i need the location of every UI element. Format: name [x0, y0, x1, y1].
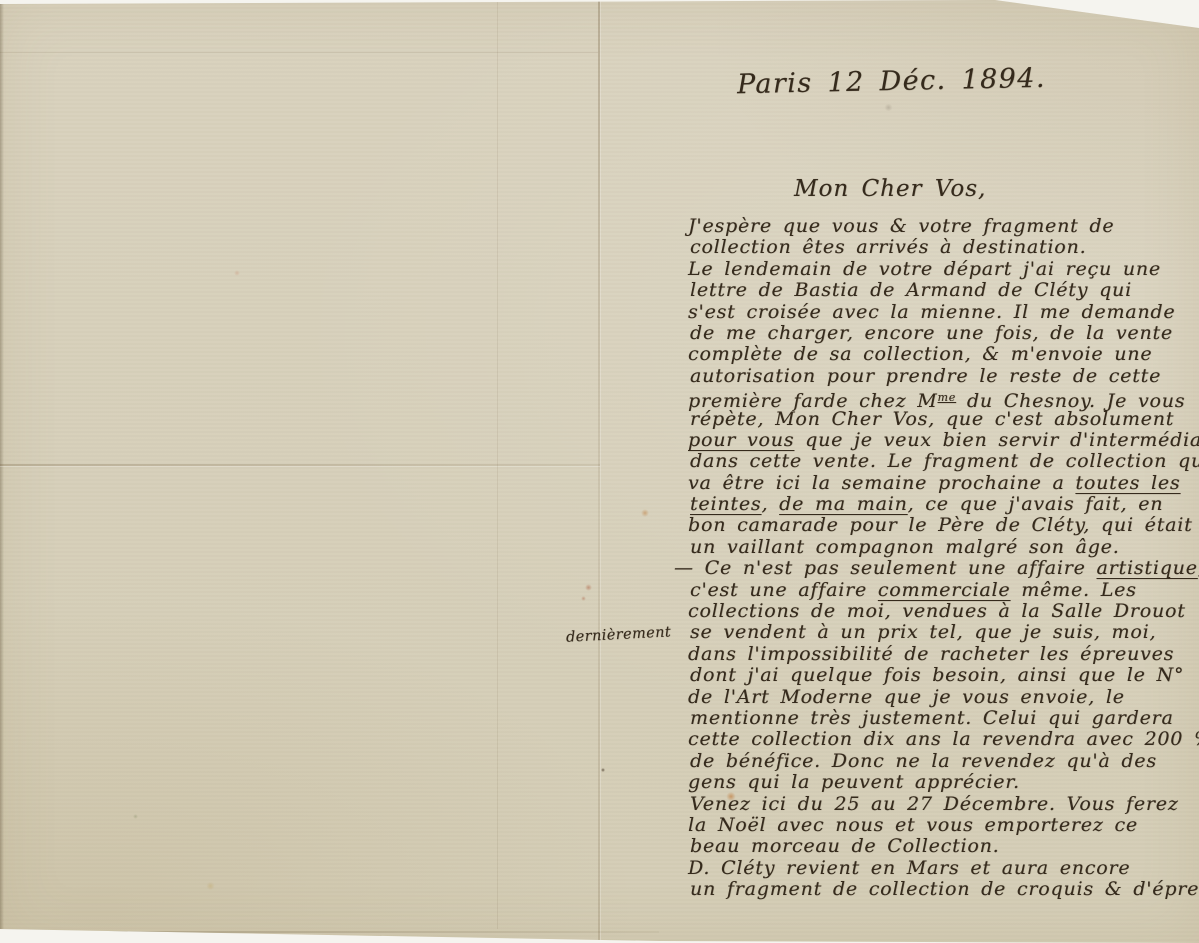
text-segment: , ce que j'avais fait, en	[908, 493, 1164, 515]
text-segment: me	[938, 391, 957, 404]
text-segment: de l'Art Moderne que je vous envoie, le	[688, 686, 1125, 708]
handwritten-line: de me charger, encore une fois, de la ve…	[690, 323, 1199, 344]
text-segment: toutes les	[1075, 472, 1180, 494]
handwritten-line: c'est une affaire commerciale même. Les	[690, 580, 1199, 601]
handwritten-line: collection êtes arrivés à destination.	[690, 237, 1199, 258]
paper-bottom-edge	[0, 931, 659, 933]
dateline: Paris 12 Déc. 1894.	[737, 63, 1046, 100]
handwritten-line: de bénéfice. Donc ne la revendez qu'à de…	[690, 751, 1199, 772]
text-segment: pour vous	[688, 429, 794, 451]
text-segment: collections de moi, vendues à la Salle D…	[688, 600, 1186, 622]
text-segment: mentionne très justement. Celui qui gard…	[690, 707, 1174, 729]
handwritten-line: collections de moi, vendues à la Salle D…	[688, 601, 1199, 622]
foxing-spot	[585, 584, 592, 591]
handwritten-line: la Noël avec nous et vous emporterez ce	[688, 815, 1199, 836]
handwritten-line: D. Cléty revient en Mars et aura encore	[688, 858, 1199, 879]
faint-crease-top	[0, 52, 598, 53]
handwritten-line: pour vous que je veux bien servir d'inte…	[688, 430, 1199, 451]
handwritten-line: un vaillant compagnon malgré son âge.	[690, 537, 1199, 558]
salutation: Mon Cher Vos,	[794, 176, 986, 202]
handwritten-line: dans l'impossibilité de racheter les épr…	[688, 644, 1199, 665]
handwritten-line: lettre de Bastia de Armand de Cléty qui	[690, 280, 1199, 301]
text-segment: de ma main	[779, 493, 908, 515]
handwritten-line: première farde chez Mme du Chesnoy. Je v…	[688, 387, 1199, 408]
text-segment: Le lendemain de votre départ j'ai reçu u…	[688, 258, 1161, 280]
handwritten-line: autorisation pour prendre le reste de ce…	[690, 366, 1199, 387]
fold-crease-vertical	[598, 0, 600, 943]
text-segment: un fragment de collection de croquis & d…	[690, 878, 1199, 900]
text-segment: gens qui la peuvent apprécier.	[688, 771, 1020, 793]
handwritten-line: dernièrementse vendent à un prix tel, qu…	[690, 622, 1199, 643]
handwritten-line: cette collection dix ans la revendra ave…	[688, 729, 1199, 750]
handwritten-line: répète, Mon Cher Vos, que c'est absolume…	[690, 409, 1199, 430]
text-segment: cette collection dix ans la revendra ave…	[688, 728, 1199, 750]
handwritten-line: un fragment de collection de croquis & d…	[690, 879, 1199, 900]
foxing-spot	[581, 596, 586, 601]
text-segment: beau morceau de Collection.	[690, 835, 1000, 857]
text-segment: de me charger, encore une fois, de la ve…	[690, 322, 1173, 344]
smudge	[884, 104, 893, 111]
handwritten-line: Venez ici du 25 au 27 Décembre. Vous fer…	[690, 794, 1199, 815]
ink-fleck	[601, 768, 605, 772]
text-segment: se vendent à un prix tel, que je suis, m…	[690, 621, 1156, 643]
handwritten-line: complète de sa collection, & m'envoie un…	[688, 344, 1199, 365]
text-segment: lettre de Bastia de Armand de Cléty qui	[690, 279, 1132, 301]
text-segment: c'est une affaire	[690, 579, 878, 601]
text-segment: collection êtes arrivés à destination.	[690, 236, 1086, 258]
letter-paper: Paris 12 Déc. 1894. Mon Cher Vos, J'espè…	[0, 0, 1199, 943]
handwritten-line: mentionne très justement. Celui qui gard…	[690, 708, 1199, 729]
handwritten-line: va être ici la semaine prochaine a toute…	[688, 473, 1199, 494]
faint-crease-left-page	[497, 0, 498, 929]
handwritten-line: gens qui la peuvent apprécier.	[688, 772, 1199, 793]
text-segment: répète, Mon Cher Vos, que c'est absolume…	[690, 408, 1174, 430]
text-segment: commerciale	[878, 579, 1011, 601]
text-segment: va être ici la semaine prochaine a	[688, 472, 1075, 494]
handwritten-line: dont j'ai quelque fois besoin, ainsi que…	[690, 665, 1199, 686]
text-segment: bon camarade pour le Père de Cléty, qui …	[688, 514, 1193, 536]
letter-body: J'espère que vous & votre fragment decol…	[688, 216, 1199, 901]
text-segment: artistique	[1097, 557, 1198, 579]
margin-note: dernièrement	[566, 623, 672, 650]
text-segment: s'est croisée avec la mienne. Il me dema…	[688, 301, 1175, 323]
text-segment: un vaillant compagnon malgré son âge.	[690, 536, 1120, 558]
foxing-spot	[206, 882, 215, 890]
handwritten-line: Le lendemain de votre départ j'ai reçu u…	[688, 259, 1199, 280]
handwritten-line: beau morceau de Collection.	[690, 836, 1199, 857]
text-segment: de bénéfice. Donc ne la revendez qu'à de…	[690, 750, 1157, 772]
text-segment: J'espère que vous & votre fragment de	[688, 215, 1114, 237]
text-segment: que je veux bien servir d'intermédiaire	[794, 429, 1199, 451]
handwritten-line: de l'Art Moderne que je vous envoie, le	[688, 687, 1199, 708]
text-segment: teintes	[690, 493, 761, 515]
fold-crease-horizontal	[0, 464, 600, 466]
letter-scan: Paris 12 Déc. 1894. Mon Cher Vos, J'espè…	[0, 0, 1199, 943]
text-segment: autorisation pour prendre le reste de ce…	[690, 365, 1161, 387]
text-segment: la Noël avec nous et vous emporterez ce	[688, 814, 1138, 836]
handwritten-line: teintes, de ma main, ce que j'avais fait…	[690, 494, 1199, 515]
text-segment: — Ce n'est pas seulement une affaire	[674, 557, 1097, 579]
handwritten-line: dans cette vente. Le fragment de collect…	[690, 451, 1199, 472]
foxing-spot	[234, 270, 240, 276]
text-segment: D. Cléty revient en Mars et aura encore	[688, 857, 1130, 879]
foxing-spot	[133, 814, 138, 819]
text-segment: Venez ici du 25 au 27 Décembre. Vous fer…	[690, 793, 1179, 815]
handwritten-line: — Ce n'est pas seulement une affaire art…	[674, 558, 1199, 579]
handwritten-line: s'est croisée avec la mienne. Il me dema…	[688, 302, 1199, 323]
text-segment: même. Les	[1010, 579, 1136, 601]
text-segment: ,	[761, 493, 779, 515]
text-segment: dans cette vente. Le fragment de collect…	[690, 450, 1199, 472]
text-segment: dans l'impossibilité de racheter les épr…	[688, 643, 1174, 665]
text-segment: dont j'ai quelque fois besoin, ainsi que…	[690, 664, 1184, 686]
text-segment: complète de sa collection, & m'envoie un…	[688, 343, 1152, 365]
handwritten-line: bon camarade pour le Père de Cléty, qui …	[688, 515, 1199, 536]
handwritten-line: J'espère que vous & votre fragment de	[688, 216, 1199, 237]
foxing-spot	[641, 509, 649, 517]
